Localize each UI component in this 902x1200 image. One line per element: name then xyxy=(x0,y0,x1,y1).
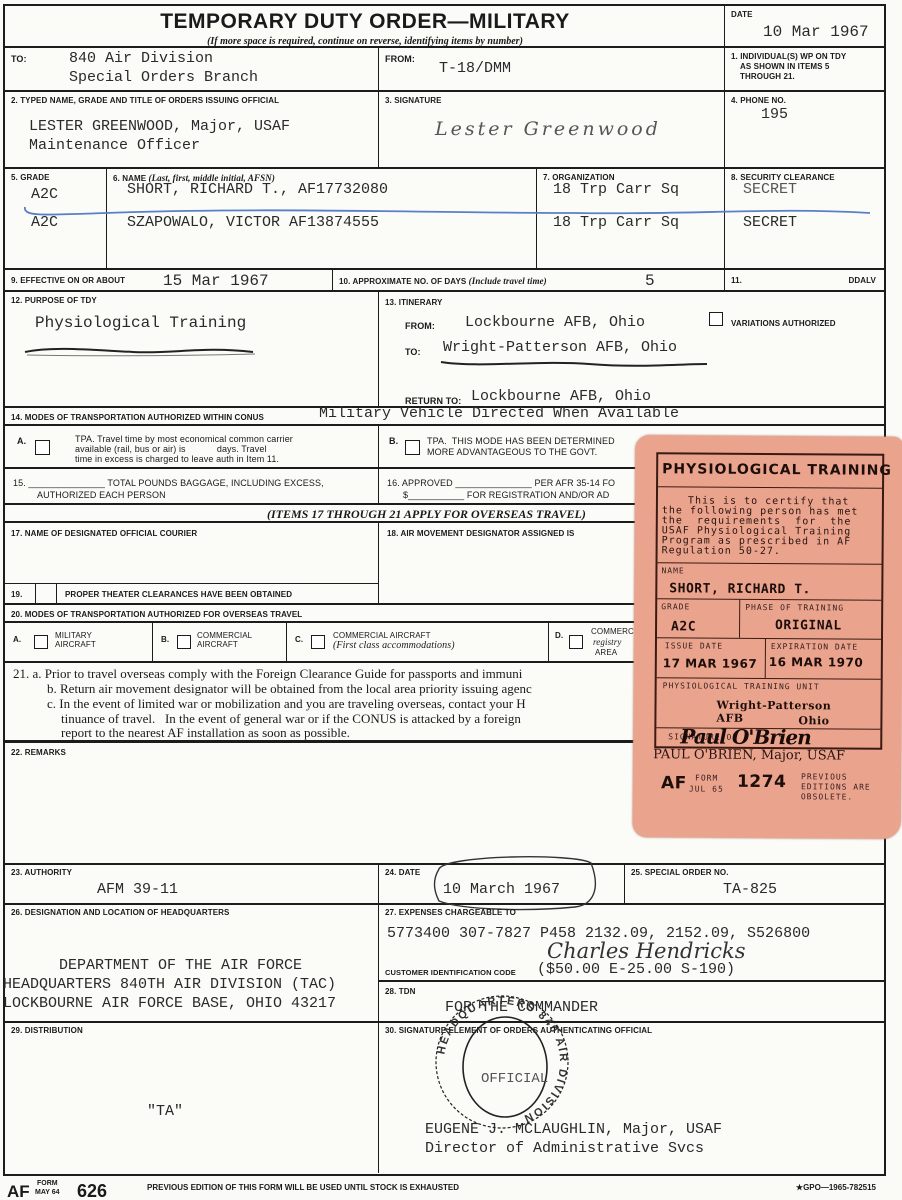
card-form-af: AF xyxy=(661,773,687,793)
item22-label: 22. REMARKS xyxy=(11,748,66,757)
person2-name: SZAPOWALO, VICTOR AF13874555 xyxy=(127,214,379,231)
item24-cell: 24. DATE 10 March 1967 xyxy=(379,865,625,903)
item29-label: 29. DISTRIBUTION xyxy=(11,1026,83,1035)
authority-row: 23. AUTHORITY AFM 39-11 24. DATE 10 Marc… xyxy=(5,865,884,905)
to-cell: TO: 840 Air Division Special Orders Bran… xyxy=(5,48,379,90)
item16-text: 16. APPROVED _______________ PER AFR 35-… xyxy=(387,478,615,488)
card-prev-2: EDITIONS ARE xyxy=(801,782,871,791)
card-phase-value: ORIGINAL xyxy=(775,618,842,633)
item1-label-3: THROUGH 21. xyxy=(740,72,795,81)
purpose-itinerary-row: 12. PURPOSE OF TDY Physiological Trainin… xyxy=(5,292,884,408)
itinerary-from: Lockbourne AFB, Ohio xyxy=(465,314,645,331)
card-issue-label: ISSUE DATE xyxy=(665,641,723,650)
item28-label: 28. TDN xyxy=(385,987,416,996)
pen-underline xyxy=(23,344,263,360)
effective-date: 15 Mar 1967 xyxy=(163,272,269,290)
item20b-cell: B. COMMERCIAL AIRCRAFT xyxy=(153,623,287,661)
item29-cell: 29. DISTRIBUTION "TA" xyxy=(5,1023,379,1173)
card-grade-row: GRADE A2C PHASE OF TRAINING ORIGINAL xyxy=(657,599,881,640)
item1-label-2: AS SHOWN IN ITEMS 5 xyxy=(740,62,829,71)
item14b-letter: B. xyxy=(389,436,398,446)
item9-cell: 9. EFFECTIVE ON OR ABOUT 15 Mar 1967 xyxy=(5,270,333,290)
card-divider xyxy=(739,600,740,638)
item25-label: 25. SPECIAL ORDER NO. xyxy=(631,868,729,877)
item24-label: 24. DATE xyxy=(385,868,420,877)
card-name-value: SHORT, RICHARD T. xyxy=(669,581,811,597)
item15-text-2: AUTHORIZED EACH PERSON xyxy=(37,490,166,500)
hq-line2: HEADQUARTERS 840TH AIR DIVISION (TAC) xyxy=(3,976,336,993)
first-class-checkbox[interactable] xyxy=(311,635,325,649)
item14b-text-1: TPA. THIS MODE HAS BEEN DETERMINED xyxy=(427,436,615,446)
item27-28-cell: 27. EXPENSES CHARGEABLE TO 5773400 307-7… xyxy=(379,905,884,1021)
distribution-row: 29. DISTRIBUTION "TA" 30. SIGNATURE ELEM… xyxy=(5,1023,884,1173)
item17-label: 17. NAME OF DESIGNATED OFFICIAL COURIER xyxy=(11,529,197,538)
item20d-line3: AREA xyxy=(595,648,617,657)
item9-label: 9. EFFECTIVE ON OR ABOUT xyxy=(11,276,125,285)
item2-label: 2. TYPED NAME, GRADE AND TITLE OF ORDERS… xyxy=(11,96,279,105)
card-grade-label: GRADE xyxy=(661,602,690,611)
person1-clearance: SECRET xyxy=(743,181,797,198)
to-line2: Special Orders Branch xyxy=(69,69,258,86)
item2-cell: 2. TYPED NAME, GRADE AND TITLE OF ORDERS… xyxy=(5,92,379,167)
item20a-line1: MILITARY xyxy=(55,631,92,640)
name-column: 6. NAME (Last, first, middle initial, AF… xyxy=(107,169,537,268)
card-phase-label: PHASE OF TRAINING xyxy=(745,603,844,613)
hq-line1: DEPARTMENT OF THE AIR FORCE xyxy=(59,957,302,974)
ddalv-value: DDALV xyxy=(849,276,876,285)
item20a-cell: A. MILITARY AIRCRAFT xyxy=(5,623,153,661)
item10-label: 10. APPROXIMATE NO. OF DAYS (Include tra… xyxy=(339,276,547,286)
clearance-column: 8. SECURITY CLEARANCE SECRET SECRET xyxy=(725,169,884,268)
item20b-letter: B. xyxy=(161,635,169,644)
item20d-letter: D. xyxy=(555,631,563,640)
order-date: 10 March 1967 xyxy=(443,881,560,898)
variations-checkbox[interactable] xyxy=(709,312,723,326)
physiological-training-card: PHYSIOLOGICAL TRAINING This is to certif… xyxy=(633,435,902,839)
item19-checkbox[interactable] xyxy=(35,584,57,605)
distribution-value: "TA" xyxy=(147,1103,183,1120)
cic-label: CUSTOMER IDENTIFICATION CODE xyxy=(385,968,516,977)
item19-box: 19. PROPER THEATER CLEARANCES HAVE BEEN … xyxy=(5,583,378,605)
item21-a: 21. a. Prior to travel overseas comply w… xyxy=(13,666,522,682)
card-prev-1: PREVIOUS xyxy=(801,772,848,781)
item14a-text-2: available (rail, bus or air) is days. Tr… xyxy=(75,444,267,454)
cic-value: ($50.00 E-25.00 S-190) xyxy=(537,961,735,978)
item10-hint: (Include travel time) xyxy=(469,276,547,286)
footer-form-number: 626 xyxy=(77,1181,107,1200)
person2-clearance: SECRET xyxy=(743,214,797,231)
overseas-note: (ITEMS 17 THROUGH 21 APPLY FOR OVERSEAS … xyxy=(267,507,586,522)
variations-label: VARIATIONS AUTHORIZED xyxy=(731,319,836,328)
header-row: TEMPORARY DUTY ORDER—MILITARY (If more s… xyxy=(5,6,884,48)
item17-cell: 17. NAME OF DESIGNATED OFFICIAL COURIER … xyxy=(5,523,379,603)
effective-row: 9. EFFECTIVE ON OR ABOUT 15 Mar 1967 10.… xyxy=(5,270,884,292)
item21-c1: c. In the event of limited war or mobili… xyxy=(47,696,526,712)
card-dates-row: ISSUE DATE 17 MAR 1967 EXPIRATION DATE 1… xyxy=(657,638,881,680)
item12-label: 12. PURPOSE OF TDY xyxy=(11,296,97,305)
item1-label: 1. INDIVIDUAL(S) WP ON TDY xyxy=(731,52,846,61)
card-prev-3: OBSOLETE. xyxy=(801,792,853,801)
date-cell: DATE 10 Mar 1967 xyxy=(725,6,884,46)
item3-cell: 3. SIGNATURE Lester Greenwood xyxy=(379,92,725,167)
item21-c3: report to the nearest AF installation as… xyxy=(61,725,350,741)
expenses-signature: Charles Hendricks xyxy=(547,939,745,963)
item14b-checkbox[interactable] xyxy=(405,440,420,455)
item18-label: 18. AIR MOVEMENT DESIGNATOR ASSIGNED IS xyxy=(387,529,574,538)
item14-label: 14. MODES OF TRANSPORTATION AUTHORIZED W… xyxy=(11,413,264,422)
authenticating-officer-name: EUGENE J. MCLAUGHLIN, Major, USAF xyxy=(425,1121,722,1138)
title-cell: TEMPORARY DUTY ORDER—MILITARY (If more s… xyxy=(5,6,725,46)
from-value: T-18/DMM xyxy=(439,60,511,77)
item10-cell: 10. APPROXIMATE NO. OF DAYS (Include tra… xyxy=(333,270,725,290)
card-unit-label: PHYSIOLOGICAL TRAINING UNIT xyxy=(663,681,820,691)
authenticating-officer-title: Director of Administrative Svcs xyxy=(425,1140,704,1157)
hq-line3: LOCKBOURNE AIR FORCE BASE, OHIO 43217 xyxy=(3,995,336,1012)
card-divider-2 xyxy=(765,639,766,678)
form-footer: AF FORM MAY 64 626 PREVIOUS EDITION OF T… xyxy=(3,1180,886,1200)
itinerary-from-label: FROM: xyxy=(405,321,435,331)
military-aircraft-checkbox[interactable] xyxy=(34,635,48,649)
phone-value: 195 xyxy=(761,106,788,123)
itinerary-to-label: TO: xyxy=(405,347,421,357)
item10-label-text: 10. APPROXIMATE NO. OF DAYS xyxy=(339,277,466,286)
tdn-value: FOR THE COMMANDER xyxy=(445,999,598,1016)
form-subtitle: (If more space is required, continue on … xyxy=(5,36,725,47)
item13-cell: 13. ITINERARY FROM: Lockbourne AFB, Ohio… xyxy=(379,292,884,406)
item27-label: 27. EXPENSES CHARGEABLE TO xyxy=(385,908,516,917)
authority-value: AFM 39-11 xyxy=(97,881,178,898)
issuer-row: 2. TYPED NAME, GRADE AND TITLE OF ORDERS… xyxy=(5,92,884,169)
item30-cell: 30. SIGNATURE ELEMENT OF ORDERS AUTHENTI… xyxy=(379,1023,884,1173)
days-value: 5 xyxy=(645,272,655,290)
item4-cell: 4. PHONE NO. 195 xyxy=(725,92,884,167)
pen-underline-to xyxy=(439,358,709,370)
footer-notice: PREVIOUS EDITION OF THIS FORM WILL BE US… xyxy=(147,1183,459,1192)
form-title: TEMPORARY DUTY ORDER—MILITARY xyxy=(5,10,725,34)
item14b-text-2: MORE ADVANTAGEOUS TO THE GOVT. xyxy=(427,447,597,457)
date-label: DATE xyxy=(731,10,753,19)
item11-label: 11. xyxy=(731,276,742,285)
item14a-cell: A. TPA. Travel time by most economical c… xyxy=(5,426,379,467)
item12-cell: 12. PURPOSE OF TDY Physiological Trainin… xyxy=(5,292,379,406)
card-form-number: 1274 xyxy=(737,772,786,792)
to-label: TO: xyxy=(11,54,27,64)
card-unit-line1: Wright-Patterson xyxy=(716,699,831,713)
card-title-row: PHYSIOLOGICAL TRAINING xyxy=(658,454,882,489)
item20-label: 20. MODES OF TRANSPORTATION AUTHORIZED F… xyxy=(11,610,302,619)
card-grade-value: A2C xyxy=(671,619,696,634)
itinerary-return: Lockbourne AFB, Ohio xyxy=(471,388,651,405)
itinerary-to: Wright-Patterson AFB, Ohio xyxy=(443,339,677,356)
from-label: FROM: xyxy=(385,54,415,64)
card-form-word: FORM xyxy=(695,773,718,782)
to-line1: 840 Air Division xyxy=(69,50,213,67)
issuer-name: LESTER GREENWOOD, Major, USAF xyxy=(29,118,290,135)
item20c-line2: (First class accommodations) xyxy=(333,640,455,651)
person2-grade: A2C xyxy=(31,214,58,231)
item23-label: 23. AUTHORITY xyxy=(11,868,72,877)
item19-label: PROPER THEATER CLEARANCES HAVE BEEN OBTA… xyxy=(65,590,292,599)
person1-grade: A2C xyxy=(31,186,58,203)
commercial-aircraft-checkbox[interactable] xyxy=(177,635,191,649)
item14a-checkbox[interactable] xyxy=(35,440,50,455)
item20d-line2: registry xyxy=(593,637,621,647)
item4-label: 4. PHONE NO. xyxy=(731,96,786,105)
item21-b: b. Return air movement designator will b… xyxy=(47,681,532,697)
card-unit-row: PHYSIOLOGICAL TRAINING UNIT Wright-Patte… xyxy=(656,678,880,730)
card-issue-value: 17 MAR 1967 xyxy=(663,656,758,671)
item26-label: 26. DESIGNATION AND LOCATION OF HEADQUAR… xyxy=(11,908,229,917)
card-name-row: NAME SHORT, RICHARD T. xyxy=(657,563,881,601)
person2-org: 18 Trp Carr Sq xyxy=(553,214,679,231)
item15-cell: 15. _______________ TOTAL POUNDS BAGGAGE… xyxy=(5,469,379,503)
card-exp-value: 16 MAR 1970 xyxy=(769,655,864,670)
grade-header: 5. GRADE xyxy=(11,173,50,182)
item30-label: 30. SIGNATURE ELEMENT OF ORDERS AUTHENTI… xyxy=(385,1026,652,1035)
grade-column: 5. GRADE A2C A2C xyxy=(5,169,107,268)
item14a-text-3: time in excess is charged to leave auth … xyxy=(75,454,279,464)
card-unit-line2: AFB xyxy=(716,712,743,725)
footer-gpo: ★GPO—1965-782515 xyxy=(796,1183,876,1192)
card-signature: Paul O'Brien xyxy=(680,724,811,749)
footer-form-date: MAY 64 xyxy=(35,1189,60,1196)
person1-name: SHORT, RICHARD T., AF17732080 xyxy=(127,181,388,198)
from-cell: FROM: T-18/DMM xyxy=(379,48,725,90)
item20c-letter: C. xyxy=(295,635,303,644)
footer-form-word: FORM xyxy=(37,1180,58,1187)
item20c-line1: COMMERCIAL AIRCRAFT xyxy=(333,631,431,640)
person1-org: 18 Trp Carr Sq xyxy=(553,181,679,198)
footer-af: AF xyxy=(7,1182,30,1200)
conus-mode-value: Military Vehicle Directed When Available xyxy=(319,405,679,422)
item20a-line2: AIRCRAFT xyxy=(55,640,96,649)
item26-cell: 26. DESIGNATION AND LOCATION OF HEADQUAR… xyxy=(5,905,379,1021)
item14a-letter: A. xyxy=(17,436,26,446)
item23-cell: 23. AUTHORITY AFM 39-11 xyxy=(5,865,379,903)
item20b-line2: AIRCRAFT xyxy=(197,640,238,649)
item14-row: 14. MODES OF TRANSPORTATION AUTHORIZED W… xyxy=(5,408,884,426)
item15-text: 15. _______________ TOTAL POUNDS BAGGAGE… xyxy=(13,478,324,488)
card-name-label: NAME xyxy=(661,566,684,575)
card-cert-row: This is to certify that the following pe… xyxy=(658,487,883,565)
item20d-checkbox[interactable] xyxy=(569,635,583,649)
date-value: 10 Mar 1967 xyxy=(763,23,869,41)
item20a-letter: A. xyxy=(13,635,21,644)
item25-cell: 25. SPECIAL ORDER NO. TA-825 xyxy=(625,865,884,903)
issuer-signature: Lester Greenwood xyxy=(435,118,661,140)
org-column: 7. ORGANIZATION 18 Trp Carr Sq 18 Trp Ca… xyxy=(537,169,725,268)
special-order-no: TA-825 xyxy=(723,881,777,898)
card-exp-label: EXPIRATION DATE xyxy=(771,642,858,652)
issuer-title: Maintenance Officer xyxy=(29,137,200,154)
item13-label: 13. ITINERARY xyxy=(385,298,442,307)
item20d-line1: COMMERC xyxy=(591,627,634,636)
purpose-value: Physiological Training xyxy=(35,314,246,332)
card-cert-6: Regulation 50-27. xyxy=(662,545,781,557)
item19-number: 19. xyxy=(11,590,22,599)
item11-cell: 11. DDALV xyxy=(725,270,884,290)
card-title: PHYSIOLOGICAL TRAINING xyxy=(662,461,892,479)
item27-box: 27. EXPENSES CHARGEABLE TO 5773400 307-7… xyxy=(379,905,884,982)
personnel-row: 5. GRADE A2C A2C 6. NAME (Last, first, m… xyxy=(5,169,884,270)
card-frame: PHYSIOLOGICAL TRAINING This is to certif… xyxy=(654,452,884,750)
item20c-cell: C. COMMERCIAL AIRCRAFT (First class acco… xyxy=(287,623,549,661)
to-from-row: TO: 840 Air Division Special Orders Bran… xyxy=(5,48,884,92)
item20b-line1: COMMERCIAL xyxy=(197,631,252,640)
card-signer: PAUL O'BRIEN, Major, USAF xyxy=(653,747,845,763)
item16-text-2: $___________ FOR REGISTRATION AND/OR AD xyxy=(403,490,609,500)
item14a-text-1: TPA. Travel time by most economical comm… xyxy=(75,434,293,444)
item1-cell: 1. INDIVIDUAL(S) WP ON TDY AS SHOWN IN I… xyxy=(725,48,884,90)
headquarters-row: 26. DESIGNATION AND LOCATION OF HEADQUAR… xyxy=(5,905,884,1023)
card-form-date: JUL 65 xyxy=(689,784,724,793)
item3-label: 3. SIGNATURE xyxy=(385,96,442,105)
stamp-center-text: OFFICIAL xyxy=(481,1071,548,1087)
